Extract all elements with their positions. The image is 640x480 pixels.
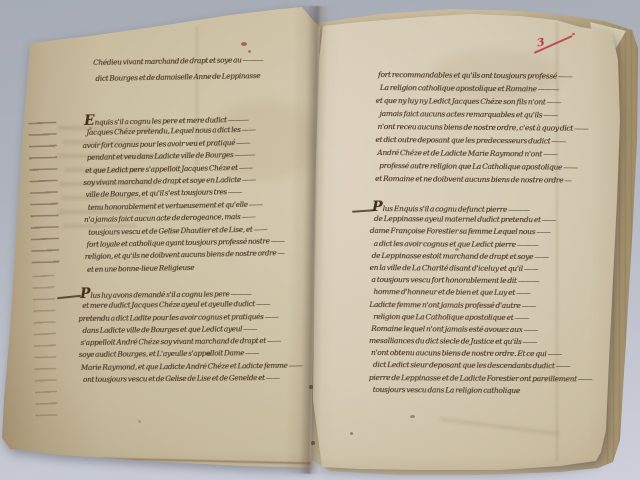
gutter-shadow	[285, 6, 340, 475]
initial-flourish-stroke	[352, 209, 374, 212]
manuscript-line: dame Françoise Forestier sa femme Lequel…	[370, 225, 594, 239]
foxing-spot	[410, 415, 415, 418]
manuscript-line: Ladicte femme n'ont jamais professé d'au…	[369, 298, 593, 312]
right-page-paragraph-1: fort recommandables et qu'ils ont tousjo…	[377, 68, 589, 187]
ink-speck	[309, 385, 313, 389]
folio-number: 3	[536, 35, 546, 49]
red-ink-dot	[572, 33, 575, 35]
wrinkle	[440, 418, 559, 436]
manuscript-line: tousjours vescu dans La religion catholi…	[373, 384, 593, 398]
manuscript-line: homme d'honneur et de bien et que Luy et…	[373, 286, 593, 300]
foxing-spot	[350, 432, 353, 435]
manuscript-photograph: Chédieu vivant marchand de drapt et soye…	[0, 0, 640, 480]
ink-speck	[311, 441, 315, 445]
manuscript-line: et Romaine et ne doibvent aucuns biens d…	[375, 172, 588, 187]
right-page-paragraph-2: Plus Enquis s'il a cognu defunct pierre …	[371, 201, 594, 398]
manuscript-line: dict Ledict sieur deposant que les desce…	[373, 359, 593, 373]
pencil-mark: 2	[592, 22, 598, 32]
